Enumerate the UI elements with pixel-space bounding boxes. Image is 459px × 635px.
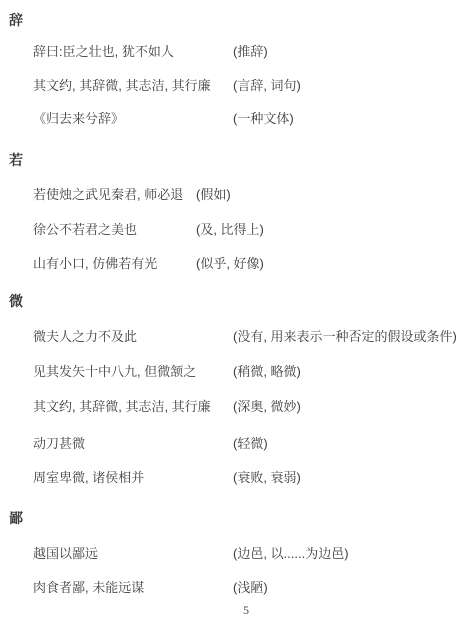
entry-row: 徐公不若君之美也 (及, 比得上)	[0, 222, 459, 239]
entry-meaning: (浅陋)	[233, 580, 268, 596]
entry-sentence: 见其发矢十中八九, 但微颔之	[33, 364, 196, 380]
entry-meaning: (衰败, 衰弱)	[233, 470, 301, 486]
entry-sentence: 其文约, 其辞微, 其志洁, 其行廉	[33, 399, 211, 415]
entry-sentence: 辞曰:臣之壮也, 犹不如人	[33, 44, 174, 60]
entry-row: 动刀甚微 (轻微)	[0, 436, 459, 453]
entry-meaning: (似乎, 好像)	[196, 256, 264, 272]
entry-row: 微夫人之力不及此 (没有, 用来表示一种否定的假设或条件)	[0, 329, 459, 346]
entry-meaning: (及, 比得上)	[196, 222, 264, 238]
entry-row: 若使烛之武见秦君, 师必退 (假如)	[0, 187, 459, 204]
entry-sentence: 其文约, 其辞微, 其志洁, 其行廉	[33, 78, 211, 94]
entry-meaning: (没有, 用来表示一种否定的假设或条件)	[233, 329, 457, 345]
entry-meaning: (一种文体)	[233, 111, 294, 127]
entry-row: 越国以鄙远 (边邑, 以......为边邑)	[0, 546, 459, 563]
entry-sentence: 越国以鄙远	[33, 546, 98, 562]
entry-sentence: 动刀甚微	[33, 436, 85, 452]
section-title-ruo: 若	[9, 152, 23, 168]
entry-sentence: 周室卑微, 诸侯相并	[33, 470, 144, 486]
entry-meaning: (言辞, 词句)	[233, 78, 301, 94]
section-title-ci: 辞	[9, 12, 23, 28]
entry-row: 周室卑微, 诸侯相并 (衰败, 衰弱)	[0, 470, 459, 487]
entry-sentence: 若使烛之武见秦君, 师必退	[33, 187, 183, 203]
entry-meaning: (深奥, 微妙)	[233, 399, 301, 415]
entry-meaning: (稍微, 略微)	[233, 364, 301, 380]
entry-meaning: (推辞)	[233, 44, 268, 60]
entry-meaning: (轻微)	[233, 436, 268, 452]
entry-row: 肉食者鄙, 未能远谋 (浅陋)	[0, 580, 459, 597]
entry-meaning: (边邑, 以......为边邑)	[233, 546, 349, 562]
section-title-bi: 鄙	[9, 510, 23, 526]
section-title-wei: 微	[9, 293, 23, 309]
entry-sentence: 徐公不若君之美也	[33, 222, 137, 238]
entry-row: 见其发矢十中八九, 但微颔之 (稍微, 略微)	[0, 364, 459, 381]
entry-sentence: 《归去来兮辞》	[33, 111, 124, 127]
entry-sentence: 微夫人之力不及此	[33, 329, 137, 345]
entry-row: 《归去来兮辞》 (一种文体)	[0, 111, 459, 128]
entry-row: 其文约, 其辞微, 其志洁, 其行廉 (深奥, 微妙)	[0, 399, 459, 416]
entry-sentence: 山有小口, 仿佛若有光	[33, 256, 157, 272]
entry-row: 山有小口, 仿佛若有光 (似乎, 好像)	[0, 256, 459, 273]
entry-row: 其文约, 其辞微, 其志洁, 其行廉 (言辞, 词句)	[0, 78, 459, 95]
page-number: 5	[243, 603, 249, 618]
document-page: 辞 辞曰:臣之壮也, 犹不如人 (推辞) 其文约, 其辞微, 其志洁, 其行廉 …	[0, 0, 459, 635]
entry-row: 辞曰:臣之壮也, 犹不如人 (推辞)	[0, 44, 459, 61]
entry-meaning: (假如)	[196, 187, 231, 203]
entry-sentence: 肉食者鄙, 未能远谋	[33, 580, 144, 596]
